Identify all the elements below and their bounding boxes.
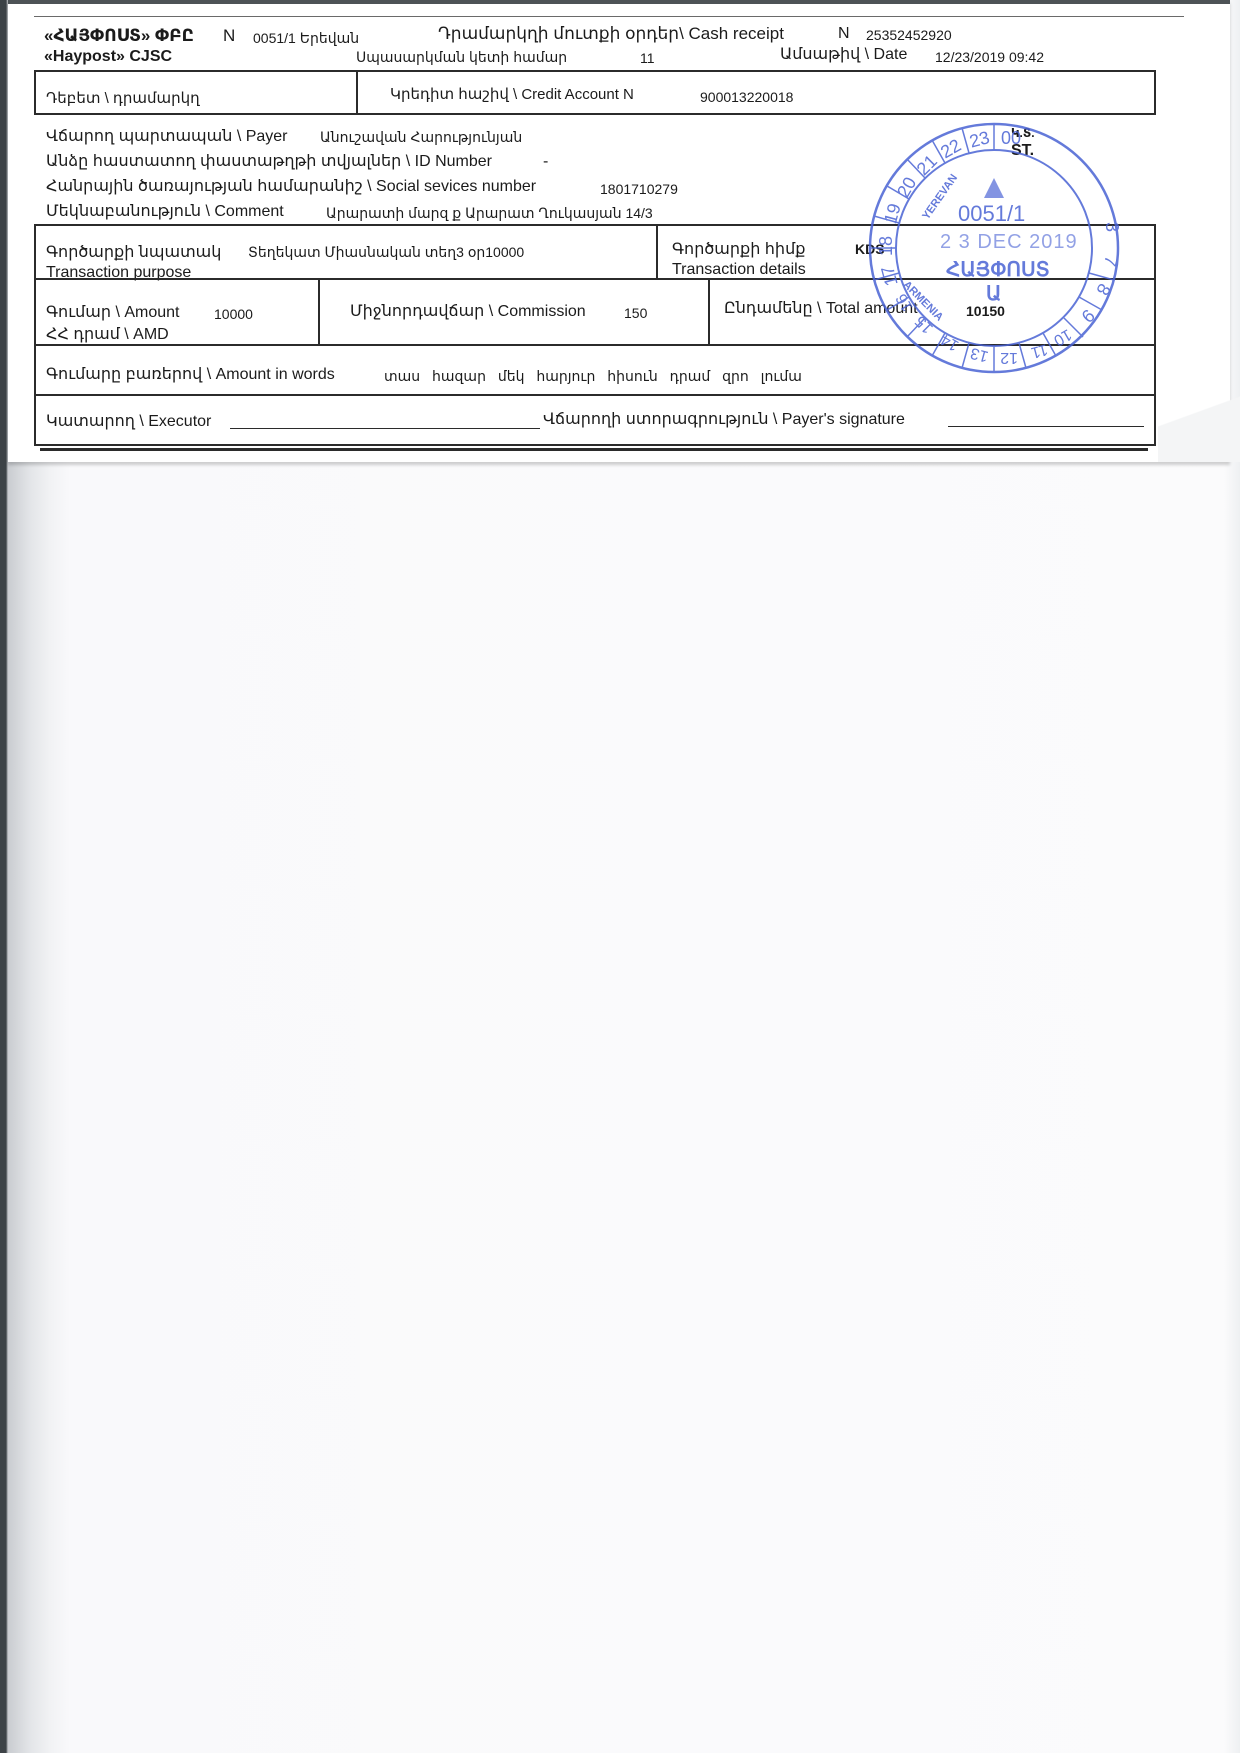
amount-divider-1 [318,278,320,346]
svg-text:23: 23 [967,127,992,152]
executor-label: Կատարող \ Executor [46,413,211,431]
receipt-number-value: 25352452920 [866,26,952,44]
executor-signature-line[interactable] [230,428,540,429]
id-number-label: Անձը հաստատող փաստաթղթի տվյալներ \ ID Nu… [46,153,492,171]
commission-value: 150 [624,304,647,322]
scan-top-edge [8,0,1230,4]
svg-text:19: 19 [880,201,905,226]
stamp-logo-icon [984,178,1004,198]
date-label: Ամսաթիվ \ Date [780,46,907,64]
stamp-place-latin: ST. [1011,142,1034,160]
torn-paper-edge [1158,380,1240,462]
svg-text:22: 22 [937,135,964,162]
credit-account-label: Կրեդիտ հաշիվ \ Credit Account N [390,86,634,104]
document-title: Դրամարկղի մուտքի օրդեր\ Cash receipt [438,25,784,43]
org-name-armenian: «ՀԱՅՓՈՍՏ» ՓԲԸ [44,27,194,45]
amount-divider-2 [708,278,710,346]
amount-value: 10000 [214,305,253,323]
transaction-details-value: KDS [855,240,885,258]
svg-text:20: 20 [893,174,920,201]
stamp-place-armenian: Կ.Տ. [1011,124,1035,142]
branch-label: N [223,27,235,45]
stamp-branch: 0051/1 [958,201,1025,226]
transaction-purpose-label-am: Գործարքի նպատակ [46,244,221,262]
amount-in-words-label: Գումարը բառերով \ Amount in words [46,366,335,384]
debit-label: Դեբետ \ դրամարկղ [46,90,200,108]
bottom-rule [40,448,1148,451]
date-value: 12/23/2019 09:42 [935,48,1044,66]
currency-label: ՀՀ դրամ \ AMD [46,326,169,344]
payer-signature-label: Վճարողի ստորագրություն \ Payer's signatu… [543,411,905,429]
transaction-purpose-value: Տեղեկատ Միասնական տեղ3 օր10000 [248,243,524,261]
social-services-label: Հանրային ծառայության համարանիշ \ Social … [46,178,536,196]
amount-in-words-value: տաս հազար մեկ հարյուր հիսուն դրամ զրո լո… [384,367,802,385]
social-services-value: 1801710279 [600,180,678,198]
payer-signature-line[interactable] [948,426,1144,427]
payer-label: Վճարող պարտապան \ Payer [46,128,288,146]
receipt-number-label: N [838,25,850,43]
total-amount-value: 10150 [966,302,1005,320]
branch-value: 0051/1 Երեվան [253,29,359,47]
total-amount-label: Ընդամենը \ Total amount [724,300,918,318]
id-number-value: - [543,153,548,171]
cash-receipt: «ՀԱՅՓՈՍՏ» ՓԲԸ «Haypost» CJSC N 0051/1 Եր… [8,0,1230,462]
org-name-latin: «Haypost» CJSC [44,48,172,66]
accounts-divider [356,70,358,115]
transaction-details-label-en: Transaction details [672,261,806,279]
stamp-city: YEREVAN [920,172,960,222]
service-point-label: Սպասարկման կետի համար [356,48,567,66]
amount-label: Գումար \ Amount [46,304,180,322]
top-rule [34,16,1184,17]
credit-account-value: 900013220018 [700,88,793,106]
svg-text:21: 21 [913,151,941,179]
commission-label: Միջնորդավճար \ Commission [350,303,586,321]
transaction-divider [656,224,658,280]
comment-label: Մեկնաբանություն \ Comment [46,203,284,221]
transaction-details-label-am: Գործարքի հիմք [672,241,805,259]
payer-value: Անուշավան Հարությունյան [320,128,522,146]
comment-value: Արարատի մարզ ք Արարատ Ղուկասյան 14/3 [326,204,653,222]
service-point-value: 11 [640,49,655,67]
